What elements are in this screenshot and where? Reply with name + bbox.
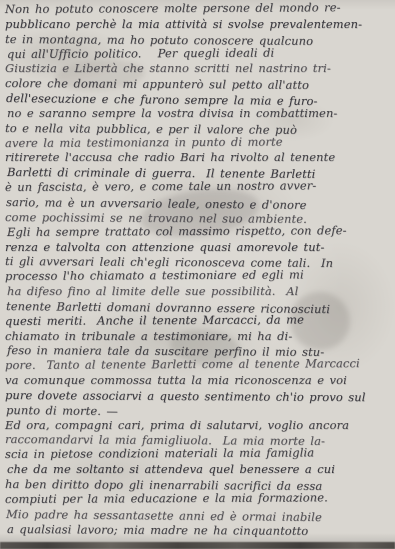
handwriting-line: va comunque commossa tutta la mia ricono… [5,373,393,388]
handwriting-line: questi meriti. Anche il tenente Marcacci… [5,312,393,329]
letter-body: Non ho potuto conoscere molte persone de… [5,2,393,536]
handwriting-line: ha difeso fino al limite delle sue possi… [7,284,393,299]
handwriting-line: processo l'ho chiamato a testimoniare ed… [5,267,393,284]
handwriting-line: Egli ha sempre trattato col massimo risp… [7,223,393,240]
scan-edge-shadow [0,542,395,549]
handwriting-line: è un fascista, è vero, e come tale un no… [5,178,393,195]
handwriting-line: scia in pietose condizioni materiali la … [5,445,393,462]
letter-page: Non ho potuto conoscere molte persone de… [0,0,395,549]
handwriting-line: avere la mia testimonianza in punto di m… [5,134,393,151]
handwriting-line: pubblicano perchè la mia attività si svo… [5,17,393,32]
handwriting-line: Giustizia e Libertà che stanno scritti n… [5,61,393,76]
handwriting-line: ritirerete l'accusa che radio Bari ha ri… [5,150,393,165]
handwriting-line: Non ho potuto conoscere molte persone de… [5,0,393,17]
handwriting-line: qui all'Ufficio politico. Per quegli ide… [7,45,393,62]
handwriting-line: renza e talvolta con attenzione quasi am… [5,240,393,255]
handwriting-line: pore. Tanto al tenente Barletti come al … [5,356,393,373]
handwriting-line: a qualsiasi lavoro; mia madre ne ha cinq… [7,522,393,539]
handwriting-line: compiuti per la mia educazione e la mia … [5,490,393,507]
handwriting-line: chiamato in tribunale a testimoniare, mi… [5,329,393,344]
handwriting-line: che da me soltanto si attendeva quel ben… [7,462,393,477]
